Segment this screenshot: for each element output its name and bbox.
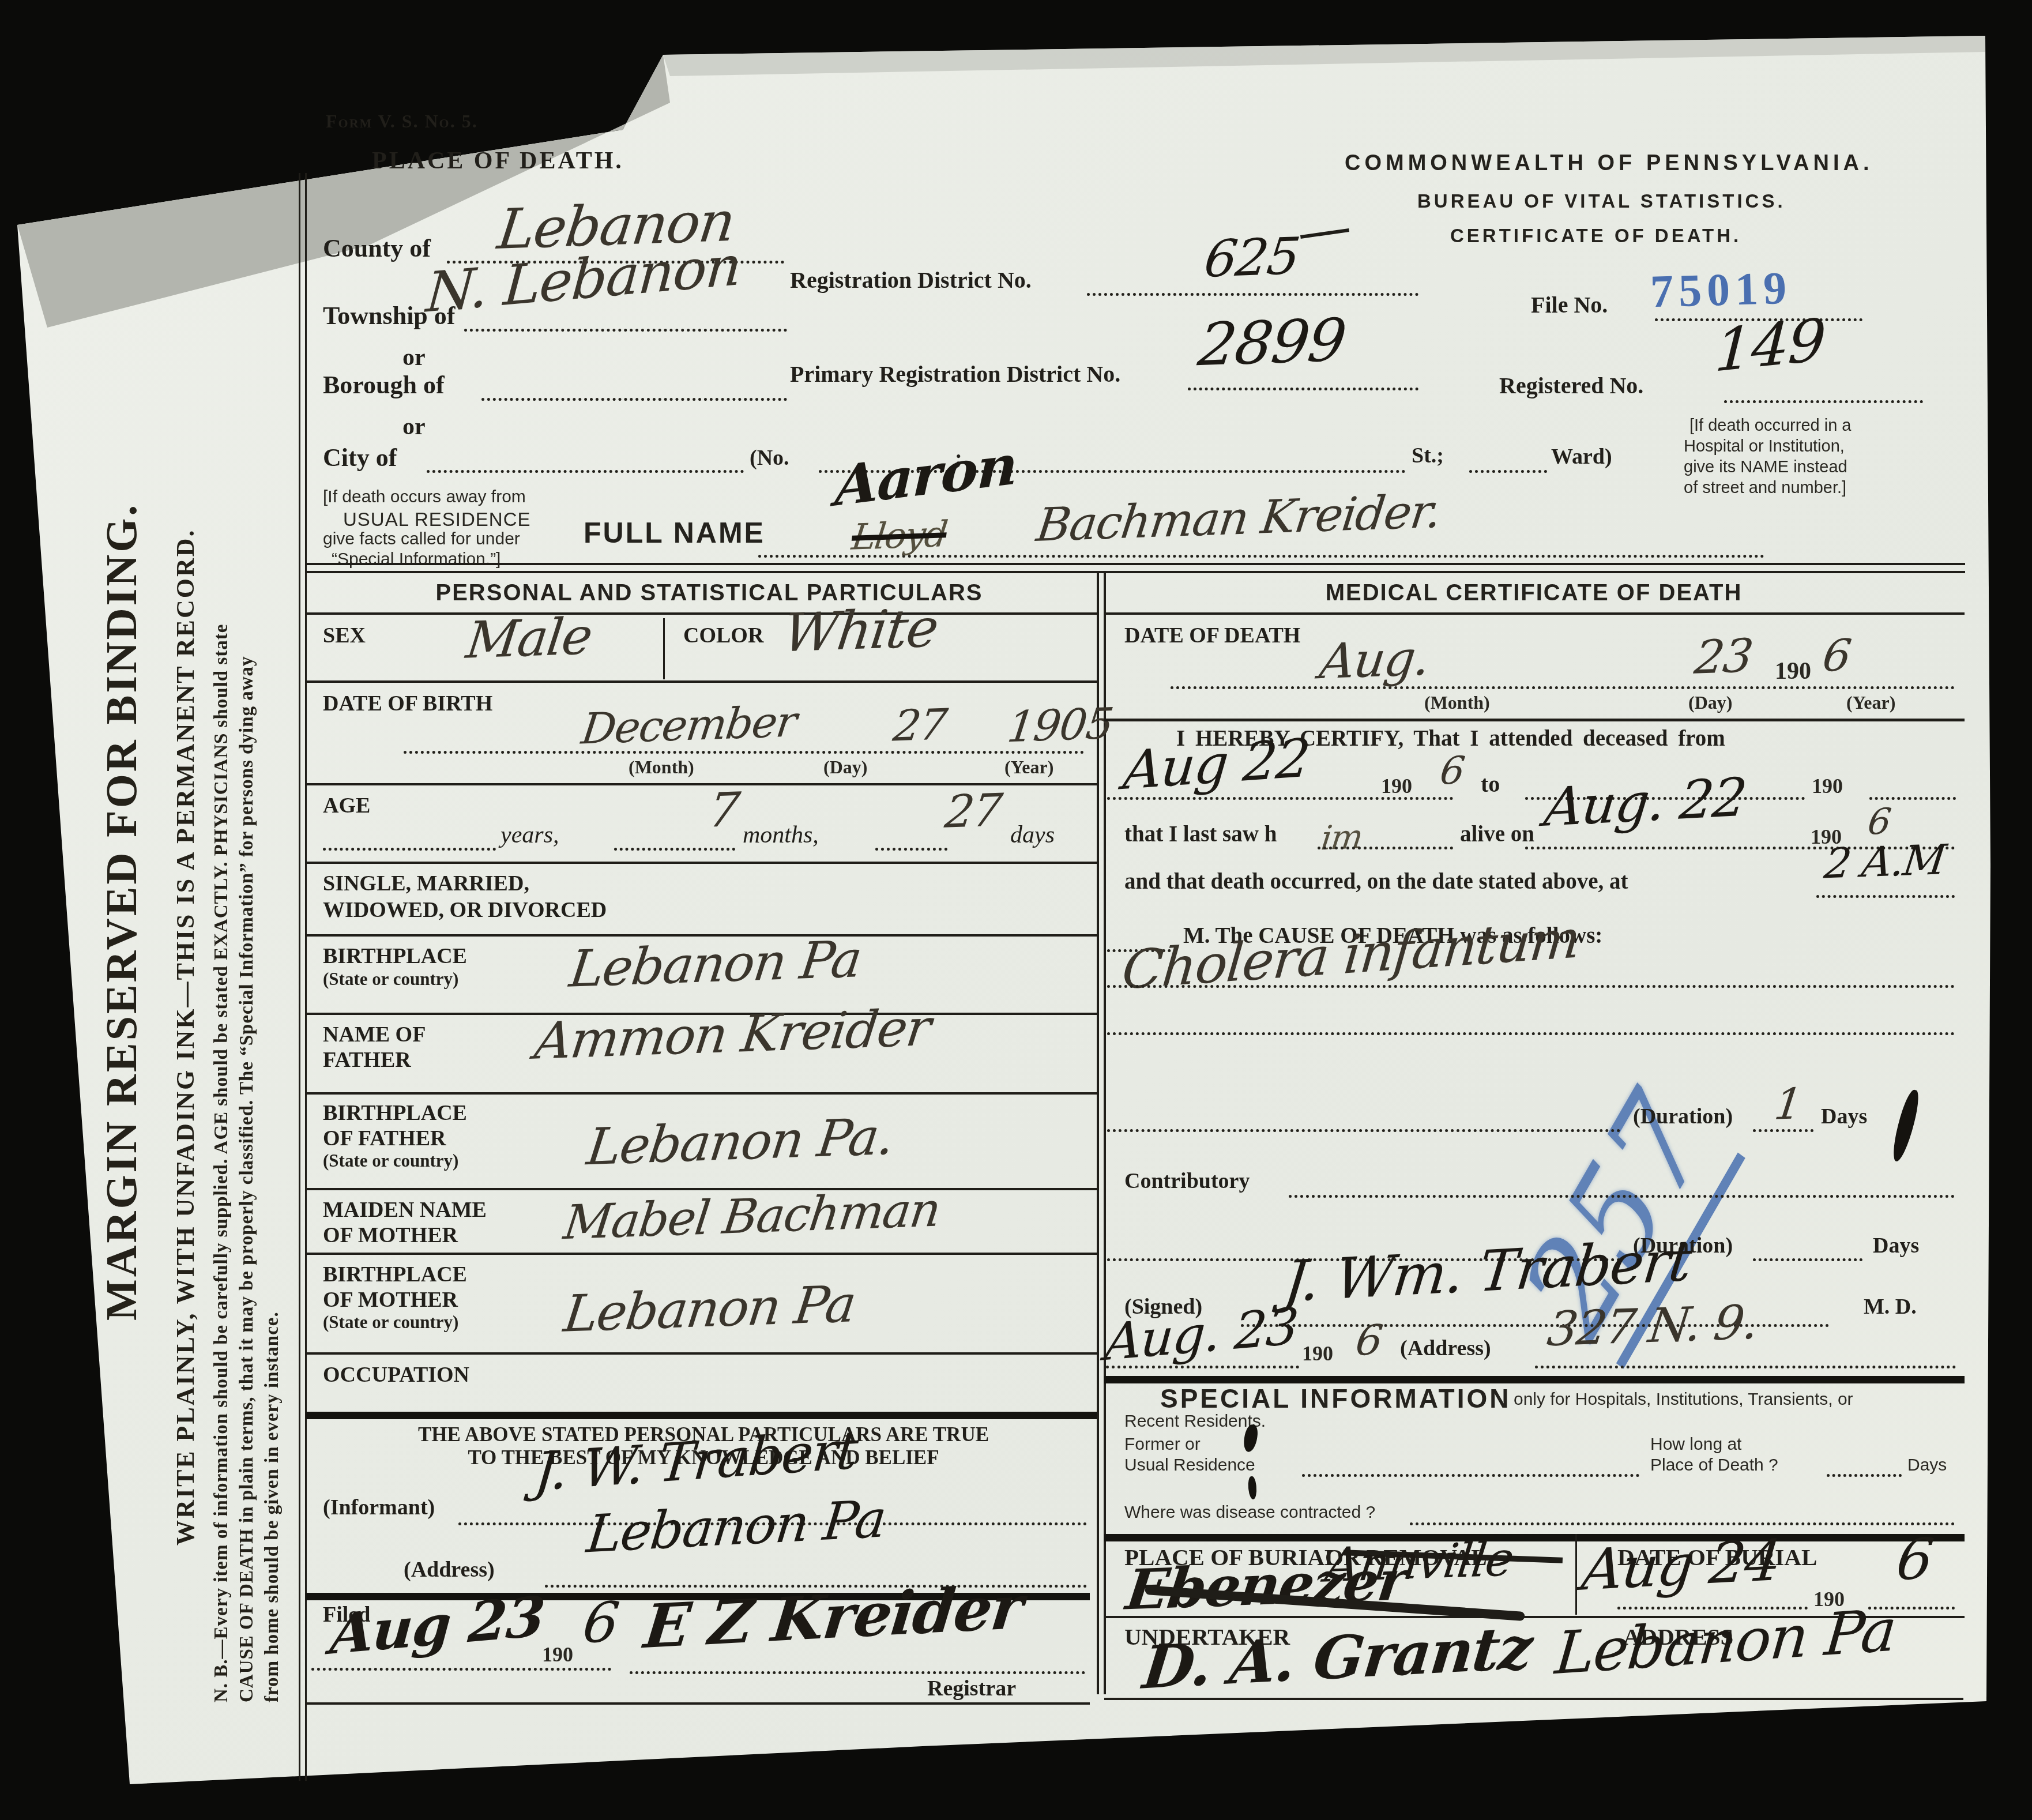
signed-address-label: (Address) [1400, 1336, 1491, 1361]
last-saw-date-value: Aug. 22 [1541, 766, 1749, 838]
dod-month-value: Aug. [1316, 630, 1432, 690]
dob-day-value: 27 [890, 700, 949, 751]
filed-printed-190: 190 [542, 1642, 573, 1667]
father-bp-state-caption: (State or country) [323, 1150, 458, 1171]
filed-line [311, 1668, 611, 1671]
alive-on-label: alive on [1460, 821, 1534, 847]
duration-days-label: Days [1821, 1104, 1867, 1129]
cause-line-2 [1107, 1032, 1955, 1035]
disease-contracted-label: Where was disease contracted ? [1124, 1503, 1375, 1522]
borough-line [481, 398, 787, 401]
duration2-days-label: Days [1873, 1233, 1919, 1258]
sex-row-rule [306, 680, 1097, 683]
city-st-label: St.; [1412, 443, 1444, 468]
personal-section-title: PERSONAL AND STATISTICAL PARTICULARS [323, 580, 1096, 606]
how-long-line [1827, 1474, 1902, 1477]
special-information-note2: Recent Residents. [1124, 1412, 1266, 1431]
marital-label-line1: SINGLE, MARRIED, [323, 871, 529, 896]
certificate-title: CERTIFICATE OF DEATH. [1450, 225, 1741, 247]
contributory-line [1289, 1195, 1955, 1198]
birthplace-state-caption: (State or country) [323, 969, 458, 990]
burial-place-value: Annville [1322, 1532, 1516, 1593]
dod-day-caption: (Day) [1688, 692, 1732, 713]
duration2-value-line [1753, 1258, 1862, 1261]
hospital-note-line4: of street and number.] [1684, 479, 1846, 498]
color-label: COLOR [683, 623, 763, 648]
father-bp-value: Lebanon Pa. [584, 1107, 897, 1176]
special-information-title: SPECIAL INFORMATION [1160, 1383, 1511, 1414]
birthplace-value: Lebanon Pa [566, 929, 864, 998]
hospital-note-line3: give its NAME instead [1684, 458, 1847, 477]
right-bottom-rule [1104, 1698, 1963, 1700]
full-name-label: FULL NAME [584, 516, 765, 550]
city-line [427, 470, 744, 473]
medical-section-title: MEDICAL CERTIFICATE OF DEATH [1124, 580, 1943, 606]
form-number: Form V. S. No. 5. [326, 111, 478, 132]
township-line [464, 329, 787, 332]
father-name-label-line2: FATHER [323, 1047, 411, 1073]
former-residence-label-line1: Former or [1124, 1435, 1201, 1454]
duration-lead-line [1107, 1129, 1620, 1132]
to-year-line [1869, 797, 1956, 800]
dob-label: DATE OF BIRTH [323, 691, 492, 716]
file-no-label: File No. [1531, 291, 1608, 318]
burial-columns-divider [1575, 1534, 1577, 1615]
or-label-1: or [402, 344, 426, 371]
mother-bp-label-line2: OF MOTHER [323, 1287, 458, 1313]
signed-date-line [1106, 1366, 1299, 1368]
registrar-label: Registrar [927, 1676, 1016, 1701]
sex-color-divider [663, 618, 665, 679]
father-bp-label-line2: OF FATHER [323, 1126, 446, 1151]
sex-value: Male [463, 606, 595, 670]
signed-address-line [1535, 1366, 1956, 1368]
former-residence-label-line2: Usual Residence [1124, 1456, 1255, 1475]
informant-address-label: (Address) [404, 1557, 495, 1582]
city-ward-label: Ward) [1551, 444, 1612, 469]
dod-row-rule [1104, 719, 1965, 721]
informant-label: (Informant) [323, 1495, 435, 1520]
margin-rule-outer [299, 173, 300, 1781]
registration-district-label: Registration District No. [790, 266, 1032, 294]
signed-address-value: 327 N. 9. [1544, 1295, 1760, 1358]
full-name-struck-value: Lloyd [849, 513, 949, 558]
margin-rule-inner [305, 173, 307, 1781]
dob-year-caption: (Year) [1004, 757, 1053, 778]
mother-bp-state-caption: (State or country) [323, 1312, 458, 1333]
primary-registration-label: Primary Registration District No. [790, 360, 1120, 388]
death-time-value: 2 A.M [1822, 835, 1948, 888]
or-label-2: or [402, 413, 426, 441]
city-no-label: (No. [750, 445, 789, 471]
color-value: White [780, 597, 941, 664]
dob-year-value: 1905 [1004, 699, 1115, 752]
margin-binding-text: MARGIN RESERVED FOR BINDING. [97, 503, 147, 1321]
occupation-label: OCCUPATION [323, 1362, 469, 1387]
city-label: City of [323, 443, 397, 472]
how-long-days-label: Days [1907, 1456, 1947, 1475]
residence-note-line2: USUAL RESIDENCE [343, 509, 531, 531]
burial-date-value: Aug 24 [1579, 1528, 1783, 1604]
dod-day-value: 23 [1692, 629, 1755, 684]
mother-bp-value: Lebanon Pa [560, 1274, 859, 1343]
file-no-stamp: 75019 [1650, 262, 1792, 318]
father-row-rule [306, 1092, 1097, 1095]
contributory-label: Contributory [1124, 1168, 1250, 1194]
borough-label: Borough of [323, 370, 445, 400]
dod-line [1171, 686, 1955, 689]
md-label: M. D. [1864, 1294, 1917, 1319]
duration-value-line [1753, 1129, 1813, 1132]
section-rule-top [306, 563, 1965, 565]
dob-day-caption: (Day) [823, 757, 867, 778]
residence-note-line3: give facts called for under [323, 529, 520, 549]
disease-contracted-line [1410, 1522, 1955, 1525]
age-row-rule [306, 862, 1097, 864]
former-residence-line [1302, 1474, 1639, 1477]
registered-no-label: Registered No. [1499, 372, 1643, 399]
age-years-label: years, [501, 821, 559, 849]
primary-registration-line [1188, 388, 1418, 390]
city-street-line [976, 470, 1405, 473]
age-days-label: days [1010, 821, 1055, 849]
father-bp-label-line1: BIRTHPLACE [323, 1100, 467, 1126]
margin-write-plainly-text: WRITE PLAINLY, WITH UNFADING INK—THIS IS… [171, 528, 200, 1546]
marital-label-line2: WIDOWED, OR DIVORCED [323, 897, 607, 923]
father-bp-row-rule [306, 1188, 1097, 1190]
dob-line [404, 751, 1084, 754]
age-months-label: months, [743, 821, 819, 849]
left-bottom-rule [306, 1702, 1090, 1705]
attended-printed-190: 190 [1381, 774, 1412, 798]
special-information-note: only for Hospitals, Institutions, Transi… [1514, 1390, 1853, 1409]
to-printed-190: 190 [1812, 774, 1843, 798]
mother-bp-label-line1: BIRTHPLACE [323, 1262, 467, 1287]
document-scan: MARGIN RESERVED FOR BINDING. WRITE PLAIN… [0, 0, 2032, 1820]
section-rule-bottom [306, 571, 1965, 573]
place-of-death-title: PLACE OF DEATH. [372, 147, 624, 175]
dod-printed-190: 190 [1775, 657, 1811, 685]
registrar-line [630, 1671, 1085, 1674]
residence-note-line1: [If death occurs away from [323, 487, 526, 507]
sex-label: SEX [323, 623, 366, 648]
birthplace-label: BIRTHPLACE [323, 943, 467, 969]
last-saw-him-line [1318, 847, 1453, 849]
dob-month-caption: (Month) [629, 757, 694, 778]
personal-thick-rule [306, 1412, 1097, 1419]
attended-to-label: to [1481, 770, 1500, 798]
age-months-line [614, 848, 735, 851]
duration-label: (Duration) [1633, 1104, 1733, 1129]
margin-nb-line3: from home should be given in every insta… [262, 1311, 283, 1702]
medical-title-rule [1104, 612, 1965, 615]
father-name-label-line1: NAME OF [323, 1022, 426, 1047]
hospital-note-line1: [If death occurred in a [1689, 416, 1852, 435]
city-ward-line [1469, 470, 1547, 473]
personal-title-rule [306, 612, 1097, 615]
mother-name-label-line2: OF MOTHER [323, 1223, 458, 1248]
primary-registration-value: 2899 [1195, 306, 1349, 380]
hospital-note-line2: Hospital or Institution, [1684, 437, 1845, 456]
registration-district-value: 625 [1201, 226, 1302, 289]
mother-row-rule [306, 1253, 1097, 1255]
how-long-label-line1: How long at [1650, 1435, 1741, 1454]
death-time-line [1816, 895, 1955, 898]
age-days-line [875, 848, 947, 851]
age-days-value: 27 [942, 784, 1004, 838]
dob-month-value: December [579, 697, 799, 754]
residence-note-line4: “Special Information.”] [332, 550, 501, 569]
mother-bp-row-rule [306, 1352, 1097, 1355]
age-label: AGE [323, 793, 370, 818]
dod-month-caption: (Month) [1424, 692, 1490, 713]
last-saw-pre-label: that I last saw h [1124, 821, 1277, 847]
signed-printed-190: 190 [1302, 1341, 1333, 1366]
cause-line-1 [1107, 985, 1955, 988]
dod-label: DATE OF DEATH [1124, 623, 1300, 648]
bureau-title: BUREAU OF VITAL STATISTICS. [1417, 190, 1786, 212]
margin-nb-line1: N. B.—Every item of information should b… [211, 624, 232, 1702]
mother-name-label-line1: MAIDEN NAME [323, 1197, 487, 1223]
commonwealth-title: COMMONWEALTH OF PENNSYLVANIA. [1345, 151, 1873, 176]
registered-no-value: 149 [1713, 306, 1827, 385]
attended-from-line [1107, 797, 1453, 800]
margin-nb-line2: CAUSE OF DEATH in plain terms, that it m… [236, 656, 258, 1702]
last-saw-him-value: im [1319, 817, 1364, 858]
registered-no-line [1724, 400, 1923, 403]
dod-year-caption: (Year) [1846, 692, 1895, 713]
registration-district-line [1087, 293, 1418, 296]
medical-thick-rule-2 [1104, 1534, 1965, 1541]
county-label: County of [323, 234, 431, 263]
age-years-line [323, 848, 496, 851]
death-occurred-label: and that death occurred, on the date sta… [1124, 868, 1628, 894]
how-long-label-line2: Place of Death ? [1650, 1456, 1778, 1475]
